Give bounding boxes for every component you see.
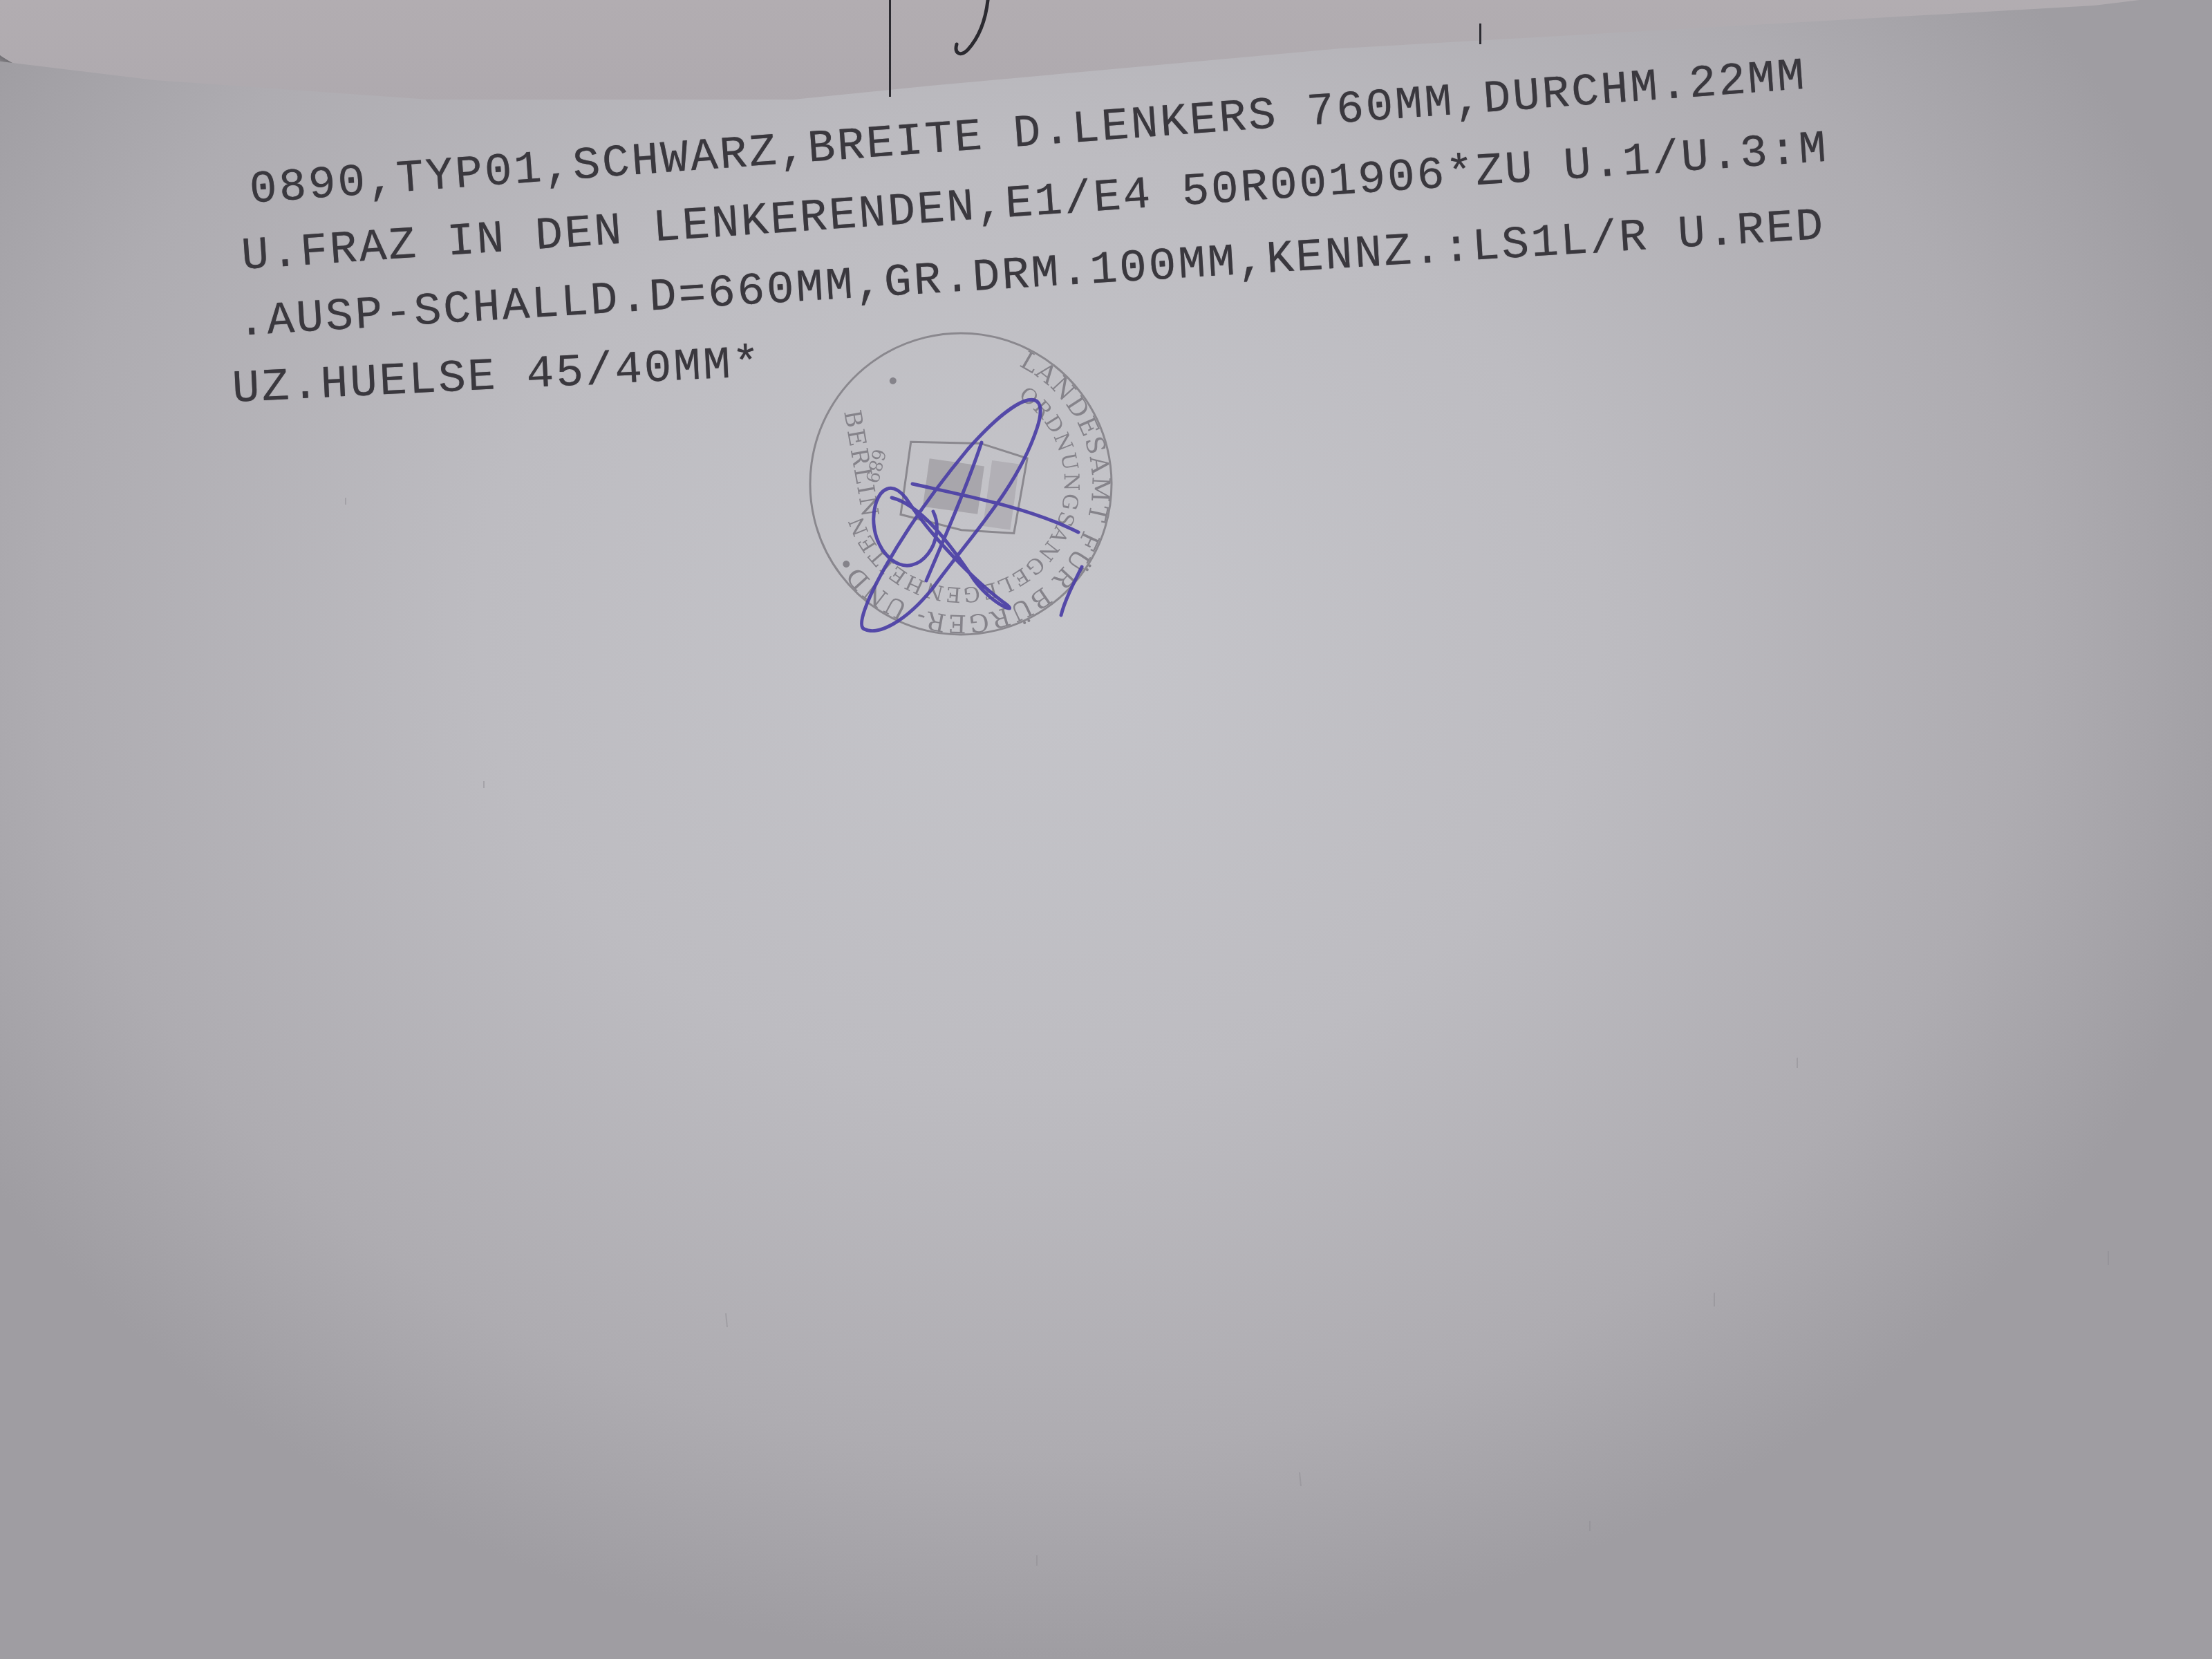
handwritten-signature-icon	[795, 359, 1127, 650]
photographed-document: 0890,TYP01,SCHWARZ,BREITE D.LENKERS 760M…	[0, 0, 2212, 1659]
typed-line-4: UZ.HUELSE 45/40MM*	[231, 338, 763, 415]
